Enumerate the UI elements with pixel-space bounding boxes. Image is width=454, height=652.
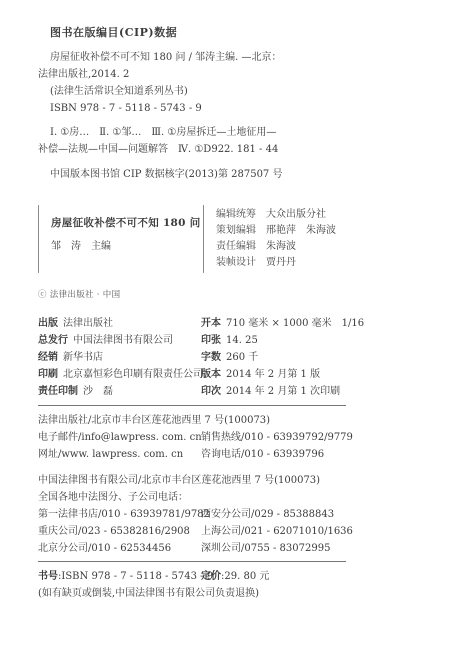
book-title: 房屋征收补偿不可不知 180 问 [51,215,203,232]
pub-value: 710 毫米 × 1000 毫米 1/16 [226,318,364,329]
contact-row: 电子邮件/info@lawpress. com. cn 销售热线/010 - 6… [38,429,422,446]
branch-right: 上海公司/021 - 62071010/1636 [201,523,422,540]
cip-class-line-1: Ⅰ. ①房… Ⅱ. ①邹… Ⅲ. ①房屋拆迁—土地征用— [38,124,422,141]
isbn-label: 书号 [38,571,58,582]
pub-label: 出版 [38,318,58,329]
cip-classification: Ⅰ. ①房… Ⅱ. ①邹… Ⅲ. ①房屋拆迁—土地征用— 补偿—法规—中国—问题… [38,124,422,158]
copyright-line: ⓒ 法律出版社 · 中国 [38,287,422,304]
credit-value: 邢艳萍 朱海波 [266,225,336,236]
pub-row: 责任印制沙 磊 [38,383,201,400]
cip-isbn-line: ISBN 978 - 7 - 5118 - 5743 - 9 [38,100,422,117]
pub-label: 责任印制 [38,386,78,397]
branch-left: 重庆公司/023 - 65382816/2908 [38,523,201,540]
contact-website: 网址/www. lawpress. com. cn [38,446,201,463]
credits-column: 编辑统筹大众出版分社 策划编辑邢艳萍 朱海波 责任编辑朱海波 装帧设计贾丹丹 [203,205,422,273]
pub-row: 经销新华书店 [38,349,201,366]
spacer [38,463,422,472]
pub-row: 出版法律出版社 [38,315,201,332]
credit-label: 策划编辑 [216,225,256,236]
book-author: 邹 涛 主编 [51,238,203,255]
publication-info-left: 出版法律出版社 总发行中国法律图书有限公司 经销新华书店 印刷北京嘉恒彩色印刷有… [38,315,201,400]
pub-label: 开本 [201,318,221,329]
credit-value: 贾丹丹 [266,257,296,268]
divider-bottom [38,561,346,562]
pub-value: 新华书店 [63,352,103,363]
credit-value: 朱海波 [266,241,296,252]
cip-series-line: (法律生活常识全知道系列丛书) [38,83,422,100]
credit-row: 策划编辑邢艳萍 朱海波 [216,223,422,239]
contact-sales-hotline: 销售热线/010 - 63939792/9779 [201,429,422,446]
branch-left: 第一法律书店/010 - 63939781/9782 [38,506,201,523]
contact-inquiry-phone: 咨询电话/010 - 63939796 [201,446,422,463]
pub-value: 中国法律图书有限公司 [73,335,173,346]
pub-value: 2014 年 2 月第 1 版 [226,369,320,380]
pub-row: 字数260 千 [201,349,422,366]
branch-row: 第一法律书店/010 - 63939781/9782 西安分公司/029 - 8… [38,506,422,523]
branch-right: 西安分公司/029 - 85388843 [201,506,422,523]
price-value: :29. 80 元 [221,571,269,582]
pub-label: 版本 [201,369,221,380]
publication-info-right: 开本710 毫米 × 1000 毫米 1/16 印张14. 25 字数260 千… [201,315,422,400]
credit-row: 编辑统筹大众出版分社 [216,207,422,223]
distributor-address: 中国法律图书有限公司/北京市丰台区莲花池西里 7 号(100073) [38,472,422,489]
divider-top [38,405,346,406]
contact-email: 电子邮件/info@lawpress. com. cn [38,429,201,446]
pub-value: 北京嘉恒彩色印刷有限责任公司 [63,369,203,380]
title-column: 房屋征收补偿不可不知 180 问 邹 涛 主编 [38,205,203,273]
credit-label: 装帧设计 [216,257,256,268]
pub-label: 总发行 [38,335,68,346]
pub-label: 字数 [201,352,221,363]
pub-value: 260 千 [226,352,258,363]
cip-block: 房屋征收补偿不可不知 180 问 / 邹涛主编. —北京： 法律出版社,2014… [38,49,422,117]
credit-row: 责任编辑朱海波 [216,239,422,255]
pub-row: 印刷北京嘉恒彩色印刷有限责任公司 [38,366,201,383]
isbn-price-row: 书号:ISBN 978 - 7 - 5118 - 5743 - 9 定价:29.… [38,568,422,585]
cip-title-line: 房屋征收补偿不可不知 180 问 / 邹涛主编. —北京： [38,49,422,66]
publisher-address: 法律出版社/北京市丰台区莲花池西里 7 号(100073) [38,412,422,429]
pub-label: 印张 [201,335,221,346]
pub-row: 版本2014 年 2 月第 1 版 [201,366,422,383]
branch-row: 北京分公司/010 - 62534456 深圳公司/0755 - 8307299… [38,540,422,557]
pub-label: 印次 [201,386,221,397]
book-number: 书号:ISBN 978 - 7 - 5118 - 5743 - 9 [38,568,201,585]
pub-value: 14. 25 [226,335,258,346]
replacement-note: (如有缺页或倒装,中国法律图书有限公司负责退换) [38,585,422,602]
credit-value: 大众出版分社 [266,209,326,220]
contact-row: 网址/www. lawpress. com. cn 咨询电话/010 - 639… [38,446,422,463]
cip-record-number: 中国版本图书馆 CIP 数据核字(2013)第 287507 号 [38,166,422,183]
pub-row: 印次2014 年 2 月第 1 次印刷 [201,383,422,400]
pub-label: 印刷 [38,369,58,380]
book-price: 定价:29. 80 元 [201,568,269,585]
credit-label: 编辑统筹 [216,209,256,220]
branches-heading: 全国各地中法图分、子公司电话： [38,489,422,506]
cip-header: 图书在版编目(CIP)数据 [38,24,422,41]
branch-left: 北京分公司/010 - 62534456 [38,540,201,557]
branch-row: 重庆公司/023 - 65382816/2908 上海公司/021 - 6207… [38,523,422,540]
pub-row: 总发行中国法律图书有限公司 [38,332,201,349]
isbn-value: :ISBN 978 - 7 - 5118 - 5743 - 9 [58,571,213,582]
credit-row: 装帧设计贾丹丹 [216,255,422,271]
pub-row: 印张14. 25 [201,332,422,349]
pub-value: 2014 年 2 月第 1 次印刷 [226,386,340,397]
title-credits-block: 房屋征收补偿不可不知 180 问 邹 涛 主编 编辑统筹大众出版分社 策划编辑邢… [38,205,422,273]
pub-value: 法律出版社 [63,318,113,329]
pub-value: 沙 磊 [83,386,113,397]
branch-right: 深圳公司/0755 - 83072995 [201,540,422,557]
publication-info-table: 出版法律出版社 总发行中国法律图书有限公司 经销新华书店 印刷北京嘉恒彩色印刷有… [38,315,422,400]
cip-class-line-2: 补偿—法规—中国—问题解答 Ⅳ. ①D922. 181 - 44 [38,141,422,158]
price-label: 定价 [201,571,221,582]
copyright-page: 图书在版编目(CIP)数据 房屋征收补偿不可不知 180 问 / 邹涛主编. —… [38,24,422,602]
credit-label: 责任编辑 [216,241,256,252]
cip-publisher-line: 法律出版社,2014. 2 [38,66,422,83]
pub-row: 开本710 毫米 × 1000 毫米 1/16 [201,315,422,332]
pub-label: 经销 [38,352,58,363]
